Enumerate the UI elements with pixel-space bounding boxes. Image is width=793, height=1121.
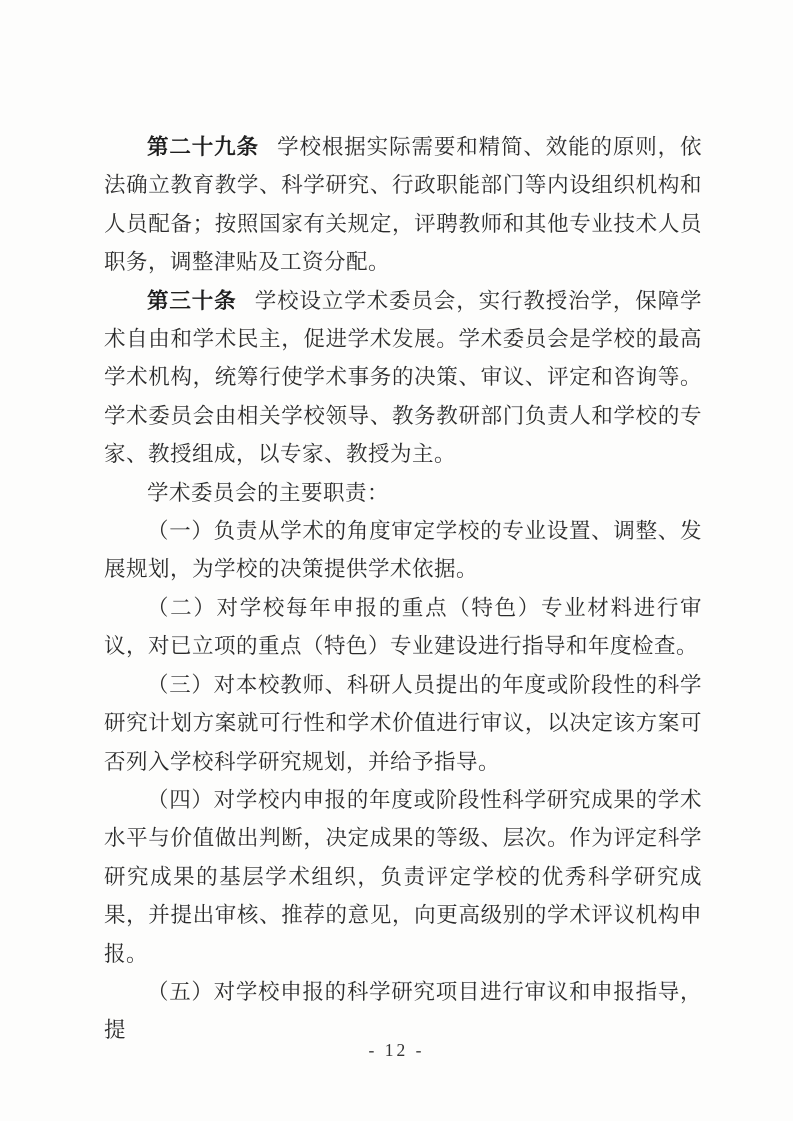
document-body: 第二十九条学校根据实际需要和精简、效能的原则，依法确立教育教学、科学研究、行政职… — [104, 128, 702, 1050]
duty-item-3-paragraph: （三）对本校教师、科研人员提出的年度或阶段性的科学研究计划方案就可行性和学术价值… — [104, 666, 702, 781]
duty-item-3-text: （三）对本校教师、科研人员提出的年度或阶段性的科学研究计划方案就可行性和学术价值… — [104, 673, 702, 774]
duty-item-1-paragraph: （一）负责从学术的角度审定学校的专业设置、调整、发展规划，为学校的决策提供学术依… — [104, 512, 702, 589]
article-30-paragraph: 第三十条学校设立学术委员会，实行教授治学，保障学术自由和学术民主，促进学术发展。… — [104, 282, 702, 474]
article-30-text: 学校设立学术委员会，实行教授治学，保障学术自由和学术民主，促进学术发展。学术委员… — [104, 289, 702, 467]
document-page: 第二十九条学校根据实际需要和精简、效能的原则，依法确立教育教学、科学研究、行政职… — [0, 0, 793, 1121]
article-29-heading: 第二十九条 — [147, 135, 259, 159]
duty-item-2-text: （二）对学校每年申报的重点（特色）专业材料进行审议，对已立项的重点（特色）专业建… — [104, 596, 702, 658]
page-number: - 12 - — [0, 1040, 793, 1061]
duties-intro-text: 学术委员会的主要职责： — [147, 481, 389, 505]
duty-item-5-paragraph: （五）对学校申报的科学研究项目进行审议和申报指导，提 — [104, 973, 702, 1050]
article-30-heading: 第三十条 — [147, 289, 237, 313]
duties-intro-paragraph: 学术委员会的主要职责： — [104, 474, 702, 512]
duty-item-4-text: （四）对学校内申报的年度或阶段性科学研究成果的学术水平与价值做出判断，决定成果的… — [104, 788, 702, 966]
duty-item-5-text: （五）对学校申报的科学研究项目进行审议和申报指导，提 — [104, 980, 702, 1042]
article-29-paragraph: 第二十九条学校根据实际需要和精简、效能的原则，依法确立教育教学、科学研究、行政职… — [104, 128, 702, 282]
duty-item-1-text: （一）负责从学术的角度审定学校的专业设置、调整、发展规划，为学校的决策提供学术依… — [104, 519, 702, 581]
duty-item-4-paragraph: （四）对学校内申报的年度或阶段性科学研究成果的学术水平与价值做出判断，决定成果的… — [104, 781, 702, 973]
duty-item-2-paragraph: （二）对学校每年申报的重点（特色）专业材料进行审议，对已立项的重点（特色）专业建… — [104, 589, 702, 666]
